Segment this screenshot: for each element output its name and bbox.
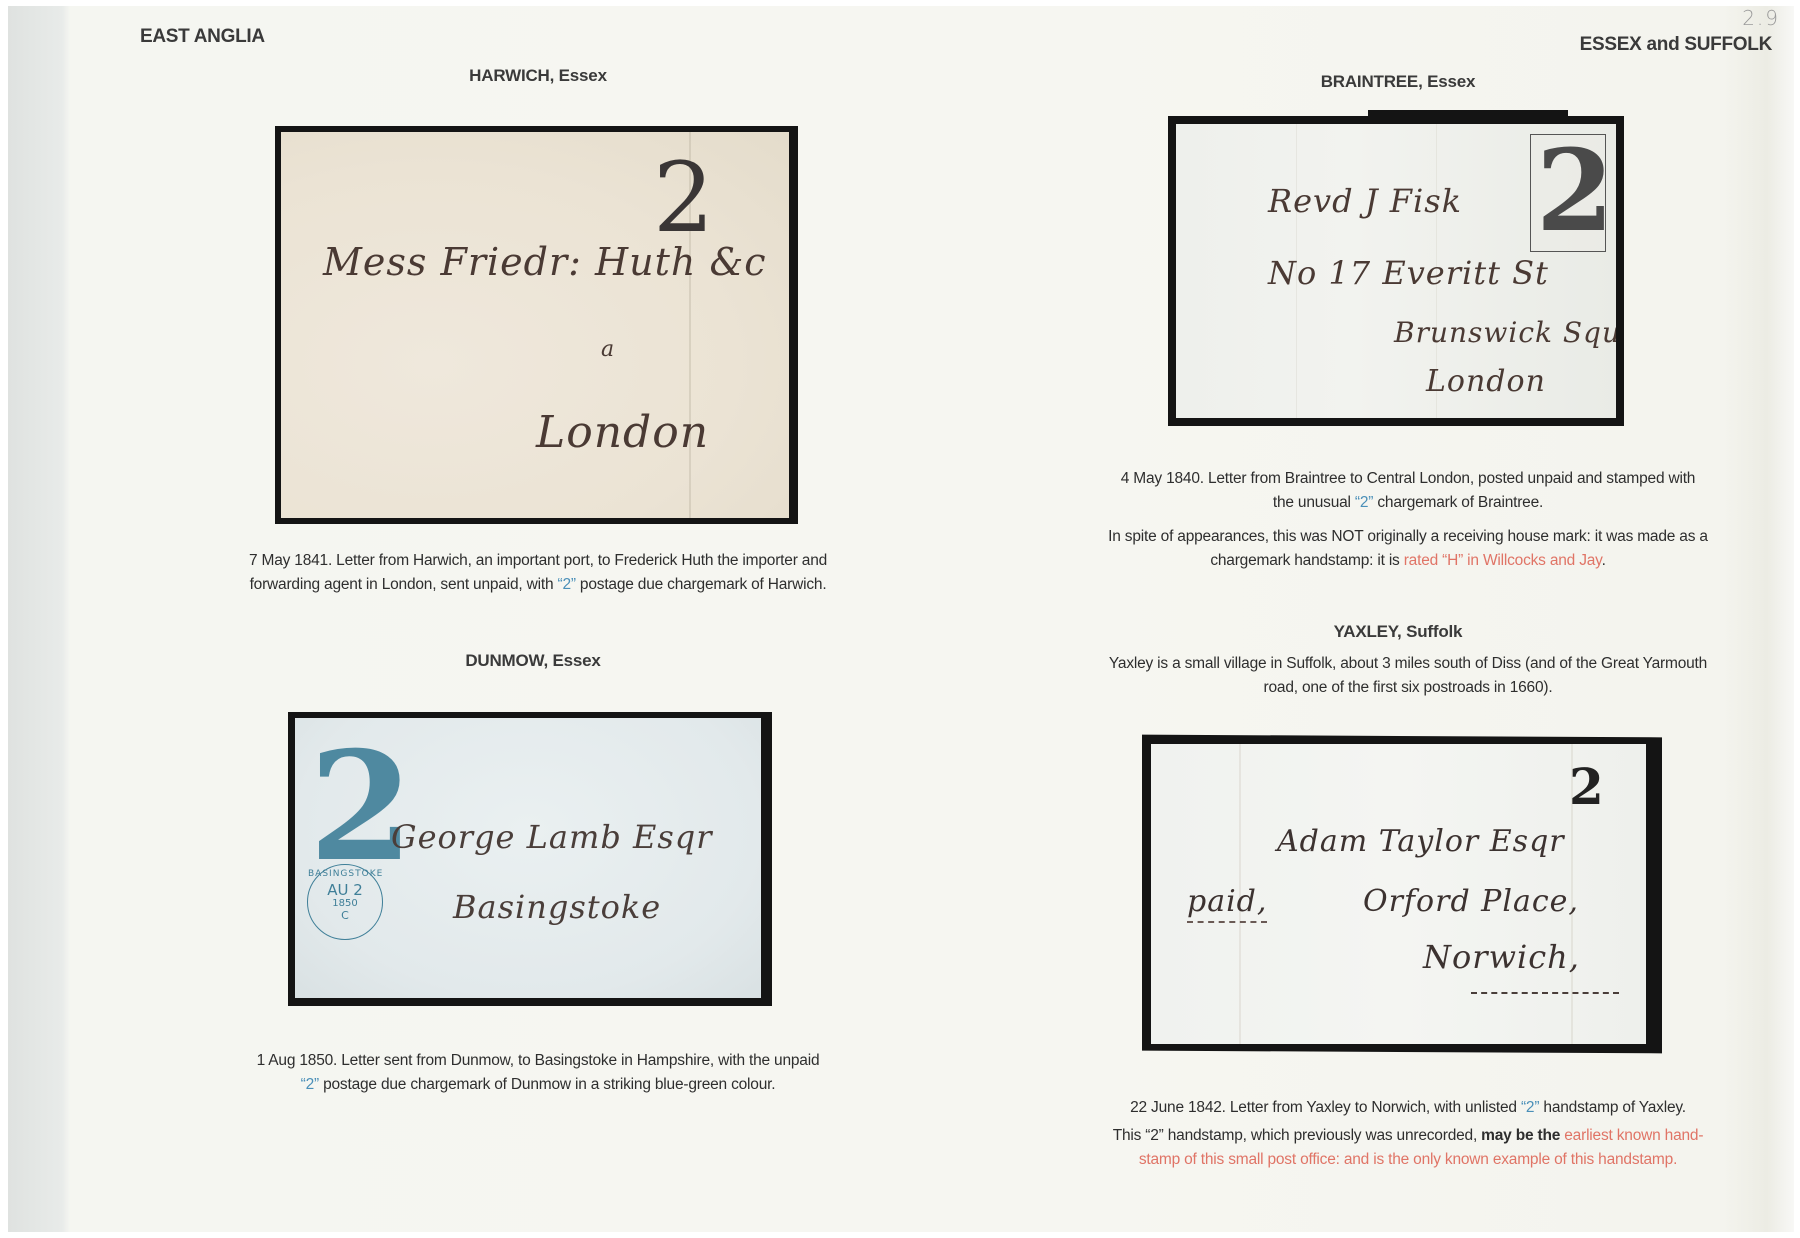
chargemark-highlight: “2” xyxy=(557,576,575,593)
braintree-address-line: Brunswick Squ xyxy=(1394,316,1616,349)
braintree-address-line: Revd J Fisk xyxy=(1268,182,1462,220)
braintree-caption: 4 May 1840. Letter from Braintree to Cen… xyxy=(1048,467,1768,573)
chargemark-highlight: “2” xyxy=(1355,494,1373,511)
braintree-address-line: London xyxy=(1426,364,1546,399)
page-number-annotation: 2.9 xyxy=(1742,6,1780,30)
yaxley-caption: 22 June 1842. Letter from Yaxley to Norw… xyxy=(1048,1096,1768,1172)
harwich-address-line: London xyxy=(536,407,709,458)
braintree-chargemark: 2 xyxy=(1536,136,1614,248)
harwich-chargemark: 2 xyxy=(653,150,714,246)
harwich-caption: 7 May 1841. Letter from Harwich, an impo… xyxy=(178,549,898,597)
yaxley-address-line: Orford Place, xyxy=(1363,884,1579,919)
album-page: EAST ANGLIA ESSEX and SUFFOLK 2.9 HARWIC… xyxy=(8,6,1794,1232)
yaxley-title: YAXLEY, Suffolk xyxy=(1198,622,1598,642)
harwich-address-line: Mess Friedr: Huth &c xyxy=(323,240,767,284)
dunmow-title: DUNMOW, Essex xyxy=(333,651,733,671)
yaxley-address-line: Adam Taylor Esqr xyxy=(1277,824,1565,859)
rating-highlight: rated “H” in Willcocks and Jay xyxy=(1404,552,1602,569)
braintree-address-line: No 17 Everitt St xyxy=(1268,254,1549,292)
chargemark-highlight: “2” xyxy=(1521,1099,1539,1116)
harwich-address-line: a xyxy=(601,337,615,362)
yaxley-intro: Yaxley is a small village in Suffolk, ab… xyxy=(1048,652,1768,700)
chargemark-highlight: “2” xyxy=(301,1076,319,1093)
basingstoke-postmark: BASINGSTOKE AU 2 1850 C xyxy=(307,864,383,940)
header-region-right: ESSEX and SUFFOLK xyxy=(1580,34,1772,56)
braintree-title: BRAINTREE, Essex xyxy=(1198,72,1598,92)
harwich-title: HARWICH, Essex xyxy=(338,66,738,86)
yaxley-address-line: Norwich, xyxy=(1423,938,1580,976)
yaxley-chargemark: 2 xyxy=(1569,762,1604,812)
dunmow-chargemark: 2 xyxy=(309,732,413,882)
yaxley-endorsement: paid, xyxy=(1187,884,1267,923)
header-region-left: EAST ANGLIA xyxy=(140,26,265,48)
dunmow-address-line: Basingstoke xyxy=(453,888,661,926)
dunmow-address-line: George Lamb Esqr xyxy=(391,818,713,856)
dunmow-caption: 1 Aug 1850. Letter sent from Dunmow, to … xyxy=(178,1049,898,1097)
